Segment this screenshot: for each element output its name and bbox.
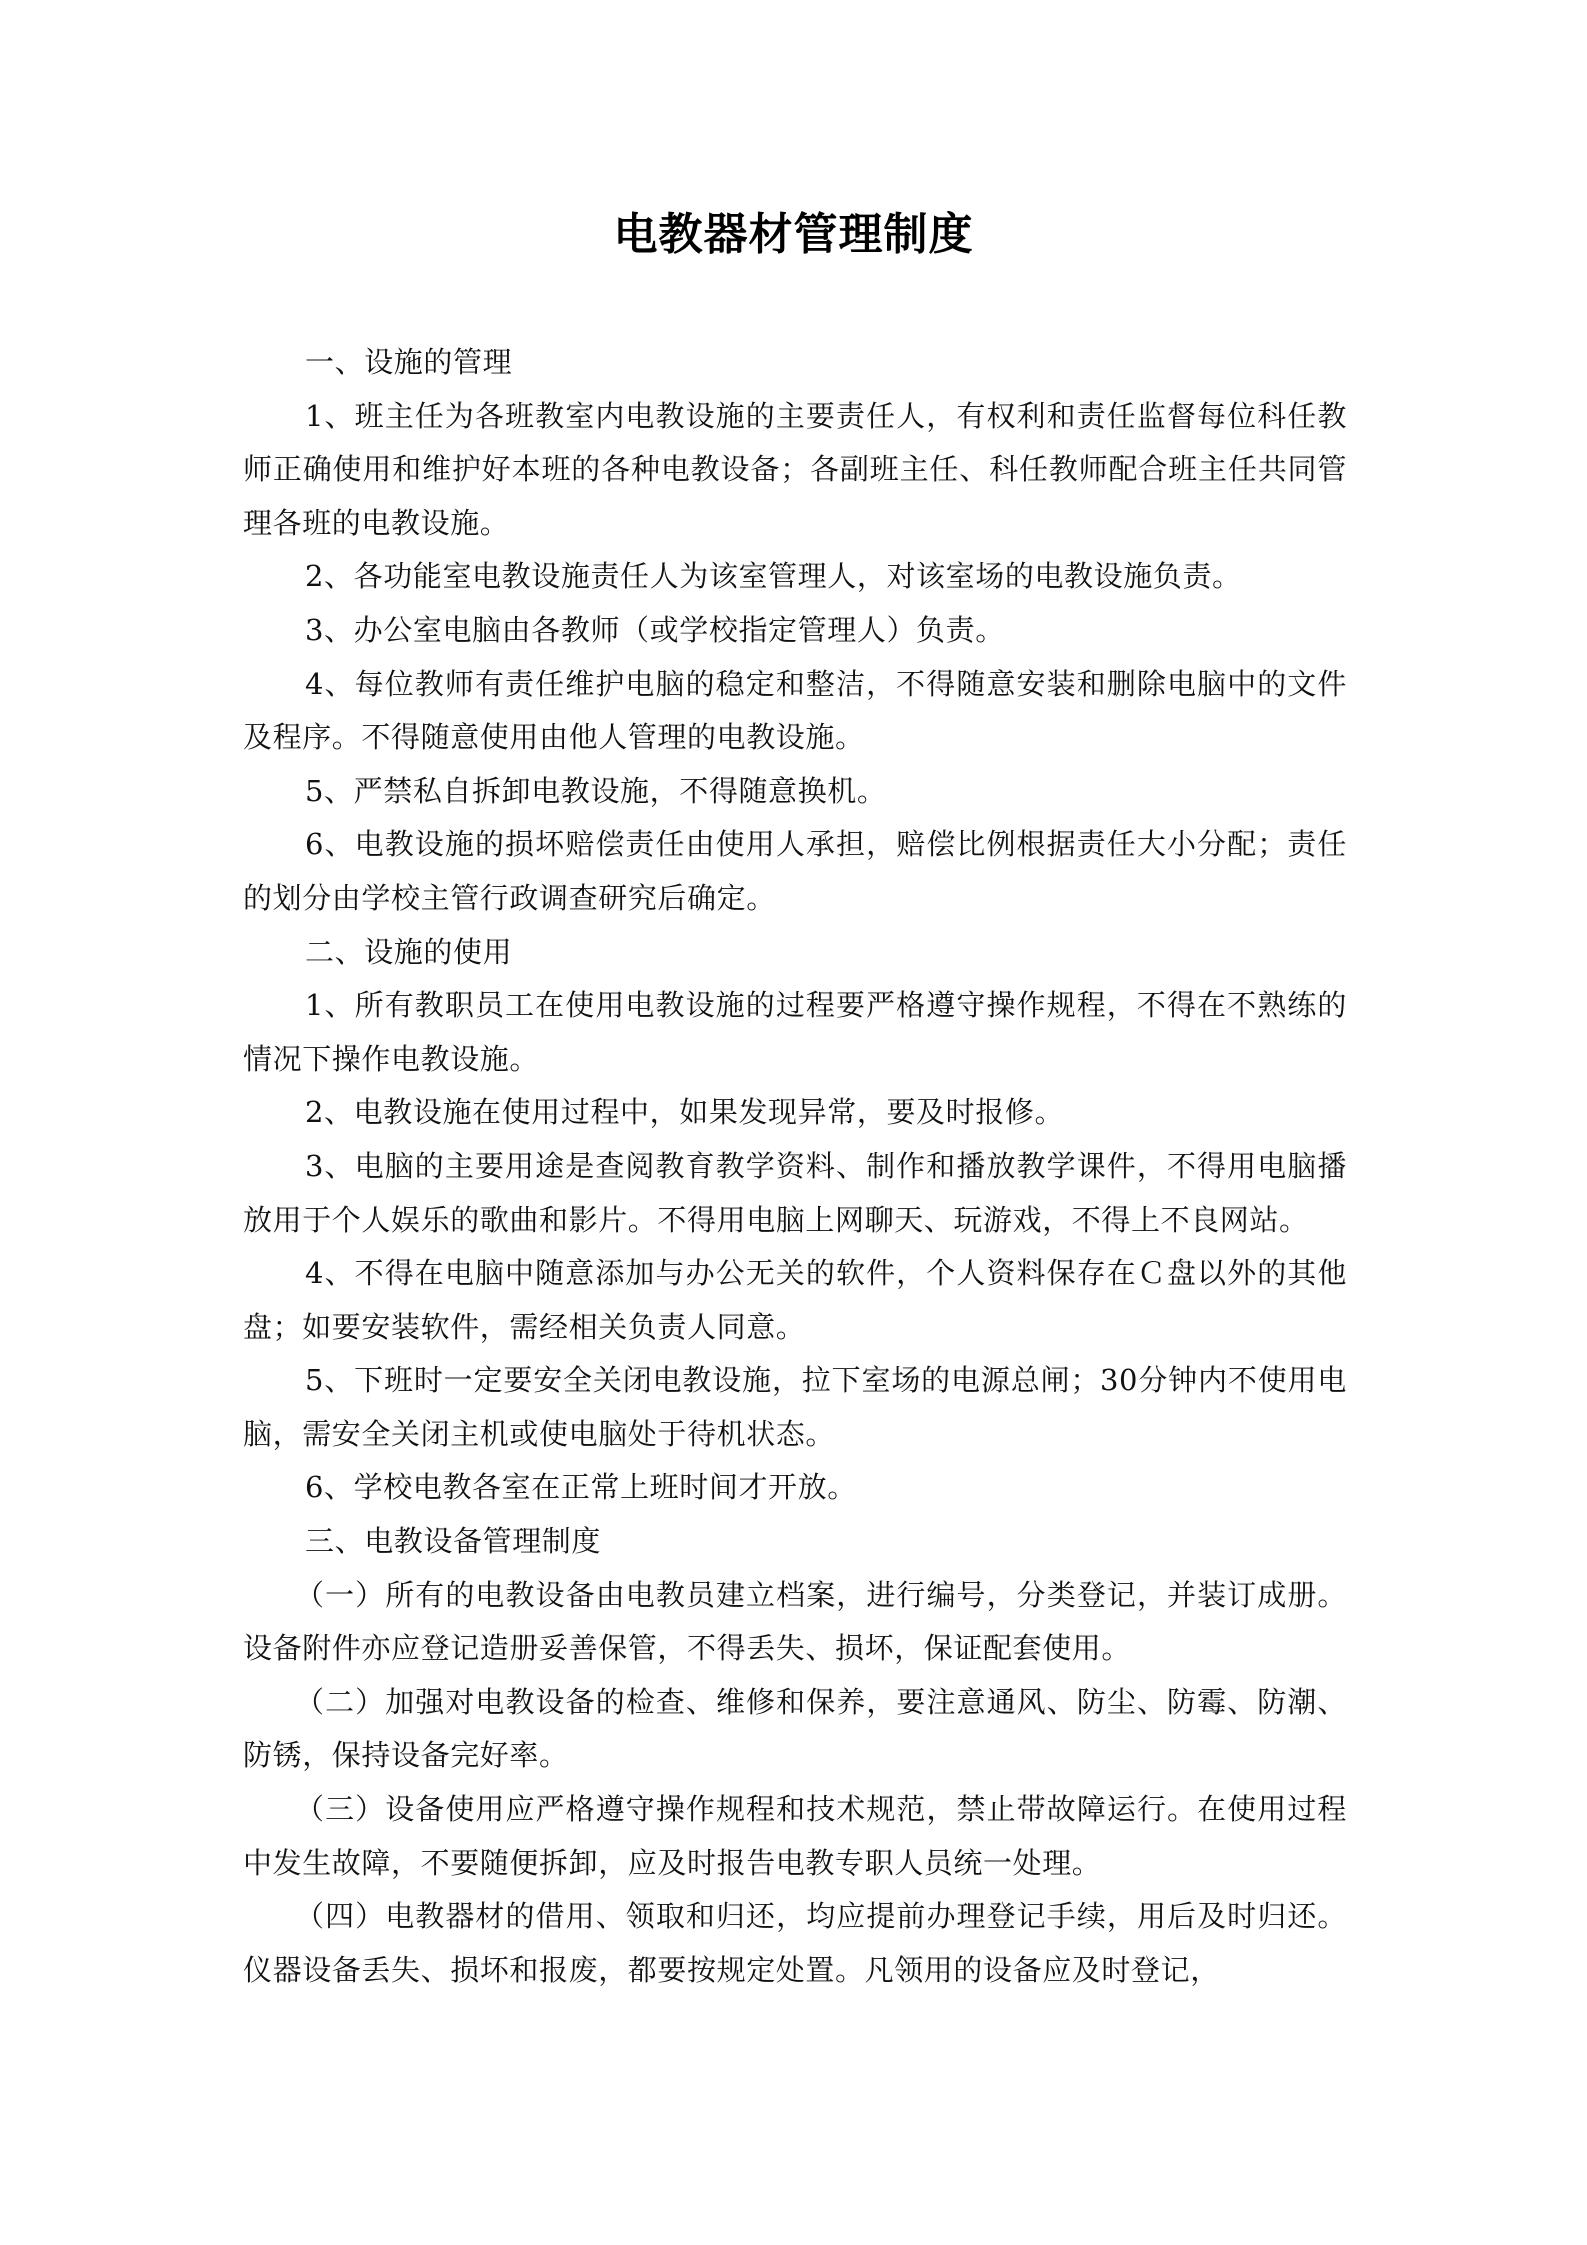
section-heading-1: 一、设施的管理 [243,336,1347,390]
section-3-paragraph-2: （二）加强对电教设备的检查、维修和保养，要注意通风、防尘、防霉、防潮、防锈，保持… [243,1676,1347,1783]
document-body: 一、设施的管理 1、班主任为各班教室内电教设施的主要责任人，有权利和责任监督每位… [243,336,1347,1997]
section-heading-2: 二、设施的使用 [243,926,1347,980]
section-2-paragraph-4: 4、不得在电脑中随意添加与办公无关的软件，个人资料保存在Ｃ盘以外的其他盘；如要安… [243,1247,1347,1354]
section-1-paragraph-6: 6、电教设施的损坏赔偿责任由使用人承担，赔偿比例根据责任大小分配；责任的划分由学… [243,818,1347,925]
section-3-paragraph-3: （三）设备使用应严格遵守操作规程和技术规范，禁止带故障运行。在使用过程中发生故障… [243,1783,1347,1890]
section-1-paragraph-2: 2、各功能室电教设施责任人为该室管理人，对该室场的电教设施负责。 [243,550,1347,604]
section-1-paragraph-5: 5、严禁私自拆卸电教设施，不得随意换机。 [243,765,1347,819]
section-2-paragraph-1: 1、所有教职员工在使用电教设施的过程要严格遵守操作规程，不得在不熟练的情况下操作… [243,979,1347,1086]
section-1-paragraph-3: 3、办公室电脑由各教师（或学校指定管理人）负责。 [243,604,1347,658]
section-1-paragraph-1: 1、班主任为各班教室内电教设施的主要责任人，有权利和责任监督每位科任教师正确使用… [243,390,1347,551]
section-2-paragraph-5: 5、下班时一定要安全关闭电教设施，拉下室场的电源总闸；30分钟内不使用电脑，需安… [243,1354,1347,1461]
document-title: 电教器材管理制度 [0,205,1587,265]
section-2-paragraph-3: 3、电脑的主要用途是查阅教育教学资料、制作和播放教学课件，不得用电脑播放用于个人… [243,1140,1347,1247]
section-3-paragraph-1: （一）所有的电教设备由电教员建立档案，进行编号，分类登记，并装订成册。设备附件亦… [243,1569,1347,1676]
document-page: 电教器材管理制度 一、设施的管理 1、班主任为各班教室内电教设施的主要责任人，有… [0,0,1587,2245]
section-2-paragraph-6: 6、学校电教各室在正常上班时间才开放。 [243,1461,1347,1515]
section-3-paragraph-4: （四）电教器材的借用、领取和归还，均应提前办理登记手续，用后及时归还。仪器设备丢… [243,1890,1347,1997]
section-1-paragraph-4: 4、每位教师有责任维护电脑的稳定和整洁，不得随意安装和删除电脑中的文件及程序。不… [243,658,1347,765]
section-2-paragraph-2: 2、电教设施在使用过程中，如果发现异常，要及时报修。 [243,1086,1347,1140]
section-heading-3: 三、电教设备管理制度 [243,1515,1347,1569]
